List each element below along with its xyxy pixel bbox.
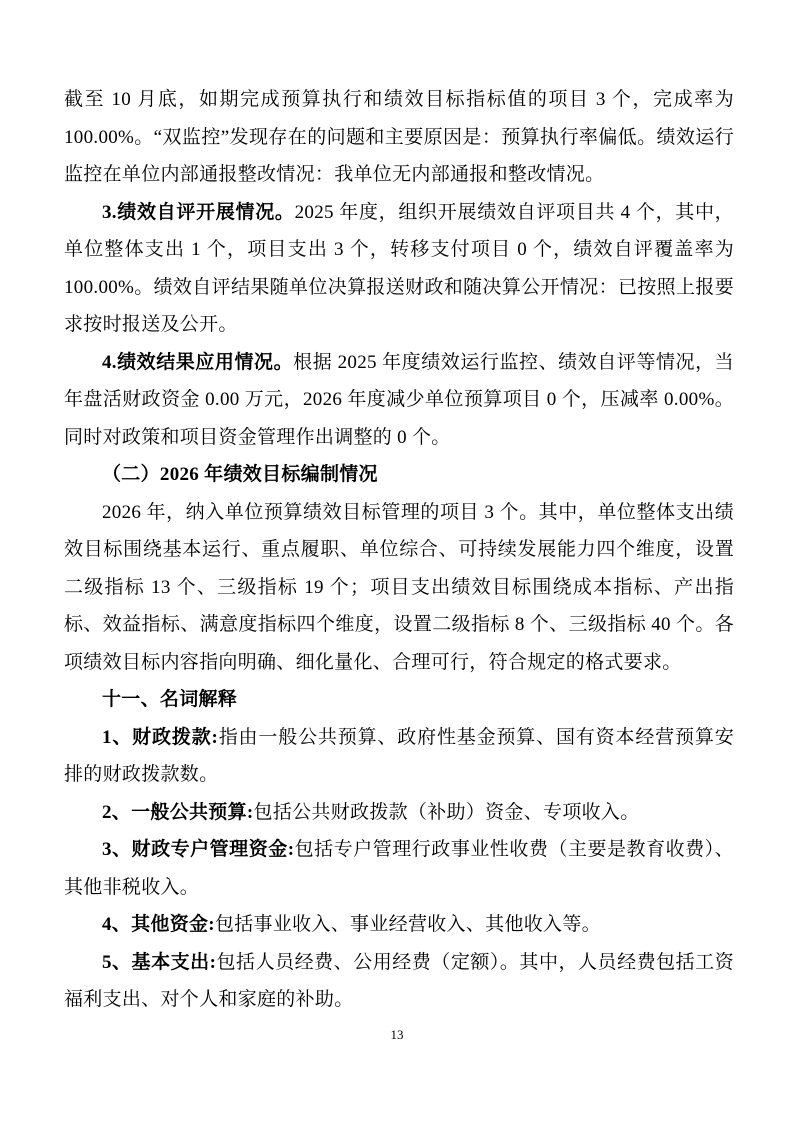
- heading-text: 十一、名词解释: [102, 689, 237, 710]
- page-number: 13: [0, 1026, 794, 1044]
- glossary-term: 3、财政专户管理资金:: [102, 839, 294, 860]
- paragraph-lead: 4.绩效结果应用情况。: [102, 352, 293, 373]
- glossary-definition: 包括公共财政拨款（补助）资金、专项收入。: [254, 802, 640, 823]
- paragraph-text: 2026 年，纳入单位预算绩效目标管理的项目 3 个。其中，单位整体支出绩效目标…: [64, 502, 734, 673]
- glossary-definition: 包括事业收入、事业经营收入、其他收入等。: [215, 914, 601, 935]
- heading-2026-performance-targets: （二）2026 年绩效目标编制情况: [64, 456, 734, 494]
- glossary-item-other-funds: 4、其他资金:包括事业收入、事业经营收入、其他收入等。: [64, 906, 734, 944]
- glossary-term: 1、财政拨款:: [102, 727, 218, 748]
- heading-text: （二）2026 年绩效目标编制情况: [102, 464, 378, 485]
- glossary-term: 4、其他资金:: [102, 914, 215, 935]
- glossary-item-fiscal-appropriation: 1、财政拨款:指由一般公共预算、政府性基金预算、国有资本经营预算安排的财政拨款数…: [64, 719, 734, 794]
- paragraph-lead: 3.绩效自评开展情况。: [102, 202, 295, 223]
- paragraph-self-evaluation: 3.绩效自评开展情况。2025 年度，组织开展绩效自评项目共 4 个，其中，单位…: [64, 194, 734, 344]
- heading-glossary: 十一、名词解释: [64, 681, 734, 719]
- glossary-item-general-public-budget: 2、一般公共预算:包括公共财政拨款（补助）资金、专项收入。: [64, 794, 734, 832]
- document-body: 截至 10 月底，如期完成预算执行和绩效目标指标值的项目 3 个，完成率为 10…: [64, 81, 734, 1019]
- document-page: 截至 10 月底，如期完成预算执行和绩效目标指标值的项目 3 个，完成率为 10…: [0, 0, 794, 1123]
- glossary-term: 2、一般公共预算:: [102, 802, 254, 823]
- glossary-item-basic-expenditure: 5、基本支出:包括人员经费、公用经费（定额）。其中，人员经费包括工资福利支出、对…: [64, 944, 734, 1019]
- paragraph-monitoring-continued: 截至 10 月底，如期完成预算执行和绩效目标指标值的项目 3 个，完成率为 10…: [64, 81, 734, 194]
- glossary-term: 5、基本支出:: [102, 952, 216, 973]
- paragraph-result-application: 4.绩效结果应用情况。根据 2025 年度绩效运行监控、绩效自评等情况，当年盘活…: [64, 344, 734, 457]
- paragraph-2026-targets-detail: 2026 年，纳入单位预算绩效目标管理的项目 3 个。其中，单位整体支出绩效目标…: [64, 494, 734, 682]
- glossary-item-special-account-funds: 3、财政专户管理资金:包括专户管理行政事业性收费（主要是教育收费）、其他非税收入…: [64, 831, 734, 906]
- paragraph-text: 截至 10 月底，如期完成预算执行和绩效目标指标值的项目 3 个，完成率为 10…: [64, 89, 734, 185]
